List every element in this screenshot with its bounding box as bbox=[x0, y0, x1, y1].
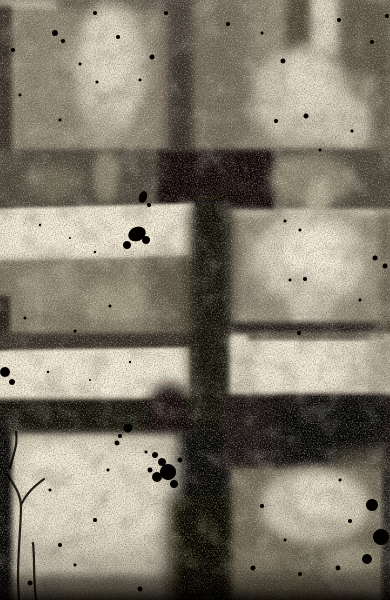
speck bbox=[359, 299, 362, 302]
speck bbox=[337, 18, 341, 22]
speck bbox=[251, 566, 256, 571]
speck bbox=[351, 130, 354, 133]
speck bbox=[94, 251, 96, 253]
speck bbox=[116, 35, 120, 39]
film-grain-light bbox=[0, 0, 390, 600]
speck bbox=[281, 59, 286, 64]
speck bbox=[138, 587, 143, 592]
speck bbox=[96, 81, 99, 84]
speck bbox=[226, 22, 230, 26]
speck bbox=[109, 305, 112, 308]
speck bbox=[297, 331, 301, 335]
speck bbox=[284, 539, 287, 542]
ink-blob bbox=[142, 236, 150, 244]
print-canvas bbox=[0, 0, 390, 600]
speck bbox=[298, 572, 302, 576]
ink-blob bbox=[160, 464, 176, 480]
speck bbox=[304, 114, 309, 119]
speck bbox=[115, 441, 120, 446]
speck bbox=[303, 277, 307, 281]
speck bbox=[61, 39, 65, 43]
speck bbox=[19, 94, 22, 97]
speck bbox=[52, 30, 58, 36]
speck bbox=[274, 119, 278, 123]
speck bbox=[383, 264, 388, 269]
speck bbox=[148, 468, 153, 473]
artwork-print bbox=[0, 0, 390, 600]
speck bbox=[145, 451, 148, 454]
speck bbox=[129, 361, 131, 363]
speck bbox=[336, 566, 341, 571]
speck bbox=[261, 32, 264, 35]
ink-blob bbox=[362, 554, 372, 564]
ink-blob bbox=[124, 424, 133, 433]
speck bbox=[373, 256, 378, 261]
speck bbox=[59, 119, 62, 122]
speck bbox=[58, 543, 62, 547]
speck bbox=[178, 458, 183, 463]
speck bbox=[39, 224, 41, 226]
speck bbox=[89, 379, 91, 381]
speck bbox=[150, 55, 155, 60]
speck bbox=[164, 11, 168, 15]
ink-blob bbox=[366, 499, 378, 511]
speck bbox=[9, 379, 15, 385]
ink-blob bbox=[0, 367, 10, 377]
speck bbox=[93, 518, 97, 522]
speck bbox=[47, 371, 49, 373]
speck bbox=[79, 63, 82, 66]
speck bbox=[339, 479, 342, 482]
bottom-fade bbox=[0, 520, 390, 600]
speck bbox=[370, 40, 374, 44]
speck bbox=[107, 469, 110, 472]
speck bbox=[284, 220, 287, 223]
speck bbox=[385, 14, 389, 18]
speck bbox=[289, 279, 292, 282]
speck bbox=[28, 581, 33, 586]
speck bbox=[74, 564, 77, 567]
speck bbox=[118, 434, 122, 438]
speck bbox=[348, 519, 352, 523]
ink-blob bbox=[170, 480, 178, 488]
speck bbox=[319, 149, 322, 152]
speck bbox=[24, 317, 27, 320]
ink-blob bbox=[152, 452, 158, 458]
speck bbox=[69, 237, 71, 239]
speck bbox=[93, 11, 97, 15]
speck bbox=[147, 203, 151, 207]
speck bbox=[11, 48, 15, 52]
ink-blob bbox=[123, 241, 131, 249]
ink-blob bbox=[373, 529, 389, 545]
speck bbox=[74, 330, 77, 333]
ink-blob bbox=[152, 472, 162, 482]
speck bbox=[139, 79, 142, 82]
speck bbox=[49, 489, 52, 492]
speck bbox=[260, 504, 264, 508]
speck bbox=[299, 229, 302, 232]
